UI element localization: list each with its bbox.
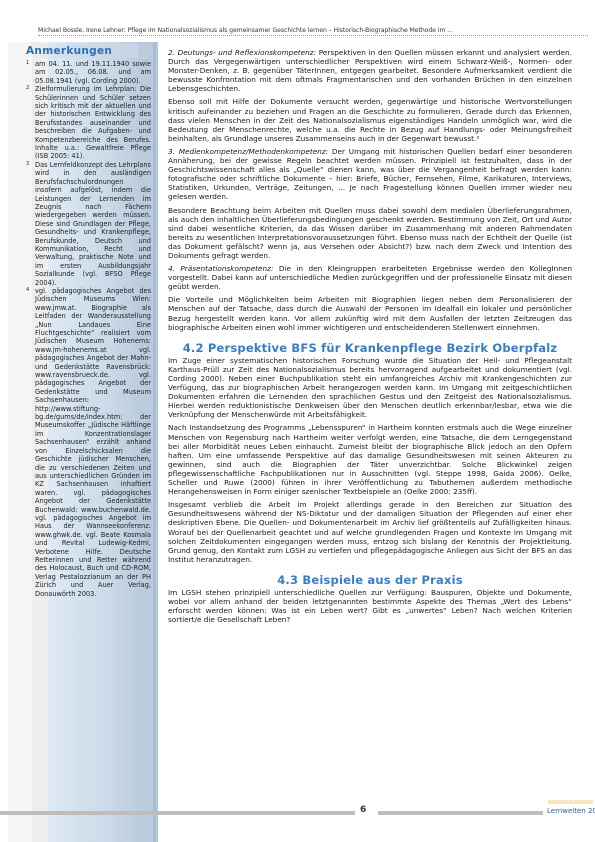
paragraph-4-2-2: Nach Instandsetzung des Programms „Leben… <box>168 423 572 496</box>
note-4: 4 vgl. pädagogisches Angebot des Jüdisch… <box>26 287 151 598</box>
paragraph-4-2-1: Im Zuge einer systematischen historische… <box>168 356 572 420</box>
paragraph-lead: 3. Medienkompetenz/Methodenkompetenz: <box>168 147 328 156</box>
main-text-column: 2. Deutungs- und Reflexionskompetenz: Pe… <box>168 48 572 628</box>
footer-rule-right <box>378 811 543 815</box>
note-1: 1 am 04. 11. und 19.11.1940 sowie am 02.… <box>26 60 151 85</box>
running-header: Michael Bossle, Irene Lehner: Pflege im … <box>38 27 588 36</box>
paragraph-body: Der Umgang mit historischen Quellen beda… <box>168 147 572 201</box>
paragraph-quellen-beachtung: Besondere Beachtung beim Arbeiten mit Qu… <box>168 206 572 261</box>
paragraph-body: Ebenso soll mit Hilfe der Dokumente vers… <box>168 97 572 142</box>
note-text: Das Lernfeldkonzept des Lehrplans wird i… <box>35 161 151 287</box>
note-text: am 04. 11. und 19.11.1940 sowie am 02.05… <box>35 60 151 85</box>
page-number: 6 <box>360 805 366 815</box>
footer-accent <box>548 800 593 804</box>
note-text: vgl. pädagogisches Angebot des Jüdischen… <box>35 287 151 598</box>
paragraph-4-3-1: Im LGSH stehen prinzipiell unterschiedli… <box>168 588 572 624</box>
section-heading-4-2: 4.2 Perspektive BFS für Krankenpflege Be… <box>168 344 572 353</box>
note-number: 3 <box>26 160 29 168</box>
paragraph-deutungskompetenz: 2. Deutungs- und Reflexionskompetenz: Pe… <box>168 48 572 93</box>
paragraph-biographien: Die Vorteile und Möglichkeiten beim Arbe… <box>168 295 572 331</box>
note-number: 1 <box>26 59 29 67</box>
paragraph-body: Besondere Beachtung beim Arbeiten mit Qu… <box>168 206 572 260</box>
paragraph-4-2-3: Insgesamt verblieb die Arbeit im Projekt… <box>168 500 572 564</box>
footer-rule-left <box>0 811 355 815</box>
paragraph-lead: 4. Präsentationskompetenz: <box>168 264 273 273</box>
notes-title: Anmerkungen <box>26 44 138 58</box>
sidebar-divider <box>153 42 156 842</box>
paragraph-medienkompetenz: 3. Medienkompetenz/Methodenkompetenz: De… <box>168 147 572 202</box>
section-heading-4-3: 4.3 Beispiele aus der Praxis <box>168 576 572 585</box>
paragraph-lead: 2. Deutungs- und Reflexionskompetenz: <box>168 48 316 57</box>
note-number: 4 <box>26 286 29 294</box>
paragraph-praesentationskompetenz: 4. Präsentationskompetenz: Die in den Kl… <box>168 264 572 291</box>
notes-list: 1 am 04. 11. und 19.11.1940 sowie am 02.… <box>26 60 151 598</box>
publication-label: Lernwelten 2008 <box>547 807 595 815</box>
note-3: 3 Das Lernfeldkonzept des Lehrplans wird… <box>26 161 151 287</box>
note-number: 2 <box>26 84 29 92</box>
note-text: Zielformulierung im Lehrplan: Die Schüle… <box>35 85 151 161</box>
paragraph-wertvorstellungen: Ebenso soll mit Hilfe der Dokumente vers… <box>168 97 572 142</box>
note-2: 2 Zielformulierung im Lehrplan: Die Schü… <box>26 85 151 161</box>
paragraph-body: Die Vorteile und Möglichkeiten beim Arbe… <box>168 295 572 331</box>
